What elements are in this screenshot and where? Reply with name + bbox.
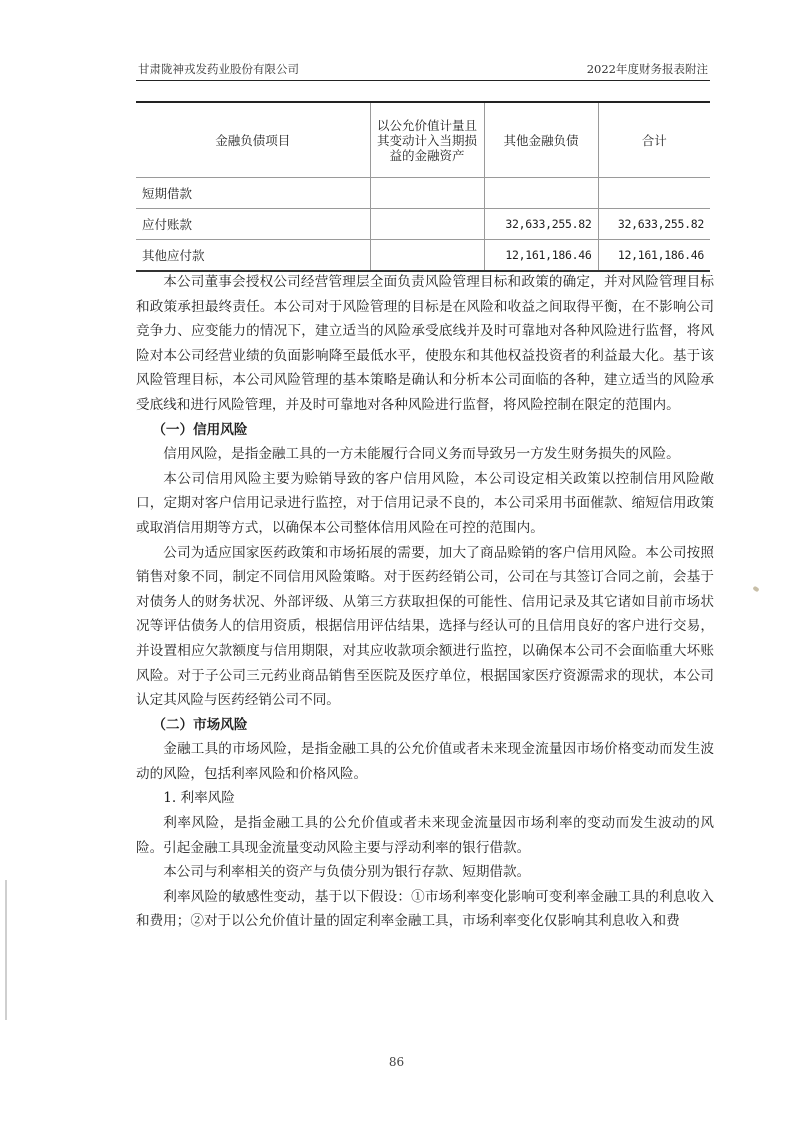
row-total: 32,633,255.82 [598,209,710,240]
company-name: 甘肃陇神戎发药业股份有限公司 [138,61,299,77]
section-heading-market-risk: （二）市场风险 [136,713,714,738]
row-item: 应付账款 [136,209,370,240]
paragraph-credit-risk-strategy: 公司为适应国家医药政策和市场拓展的需要，加大了商品赊销的客户信用风险。本公司按照… [136,541,714,713]
paragraph-credit-risk-definition: 信用风险，是指金融工具的一方未能履行合同义务而导致另一方发生财务损失的风险。 [136,442,714,467]
scan-edge-mark [5,880,7,1020]
row-fvtpl [370,240,484,272]
paragraph-interest-rate-sensitivity: 利率风险的敏感性变动，基于以下假设：①市场利率变化影响可变利率金融工具的利息收入… [136,885,714,934]
paragraph-interest-rate-definition: 利率风险，是指金融工具的公允价值或者未来现金流量因市场利率的变动而发生波动的风险… [136,811,714,860]
row-total [598,178,710,209]
row-total: 12,161,186.46 [598,240,710,272]
table-row: 其他应付款 12,161,186.46 12,161,186.46 [136,240,710,272]
page-header: 甘肃陇神戎发药业股份有限公司 2022年度财务报表附注 [136,58,710,81]
column-header-item: 金融负债项目 [136,102,370,178]
row-fvtpl [370,209,484,240]
column-header-total: 合计 [598,102,710,178]
row-other [484,178,598,209]
report-title: 2022年度财务报表附注 [587,61,708,77]
row-item: 其他应付款 [136,240,370,272]
row-other: 12,161,186.46 [484,240,598,272]
table-row: 应付账款 32,633,255.82 32,633,255.82 [136,209,710,240]
row-other: 32,633,255.82 [484,209,598,240]
paragraph-risk-management: 本公司董事会授权公司经营管理层全面负责风险管理目标和政策的确定，并对风险管理目标… [136,270,714,418]
table-header-row: 金融负债项目 以公允价值计量且其变动计入当期损益的金融资产 其他金融负债 合计 [136,102,710,178]
paragraph-credit-risk-policy: 本公司信用风险主要为赊销导致的客户信用风险，本公司设定相关政策以控制信用风险敞口… [136,467,714,541]
body-text: 本公司董事会授权公司经营管理层全面负责风险管理目标和政策的确定，并对风险管理目标… [136,270,714,934]
paragraph-interest-rate-items: 本公司与利率相关的资产与负债分别为银行存款、短期借款。 [136,860,714,885]
subheading-interest-rate-risk: 1. 利率风险 [136,786,714,811]
paragraph-market-risk-definition: 金融工具的市场风险，是指金融工具的公允价值或者未来现金流量因市场价格变动而发生波… [136,737,714,786]
table-row: 短期借款 [136,178,710,209]
financial-liabilities-table: 金融负债项目 以公允价值计量且其变动计入当期损益的金融资产 其他金融负债 合计 … [136,101,710,272]
row-item: 短期借款 [136,178,370,209]
scan-speck [752,586,759,593]
page-number: 86 [0,1055,793,1069]
row-fvtpl [370,178,484,209]
section-heading-credit-risk: （一）信用风险 [136,418,714,443]
column-header-fvtpl: 以公允价值计量且其变动计入当期损益的金融资产 [370,102,484,178]
column-header-other-liabilities: 其他金融负债 [484,102,598,178]
